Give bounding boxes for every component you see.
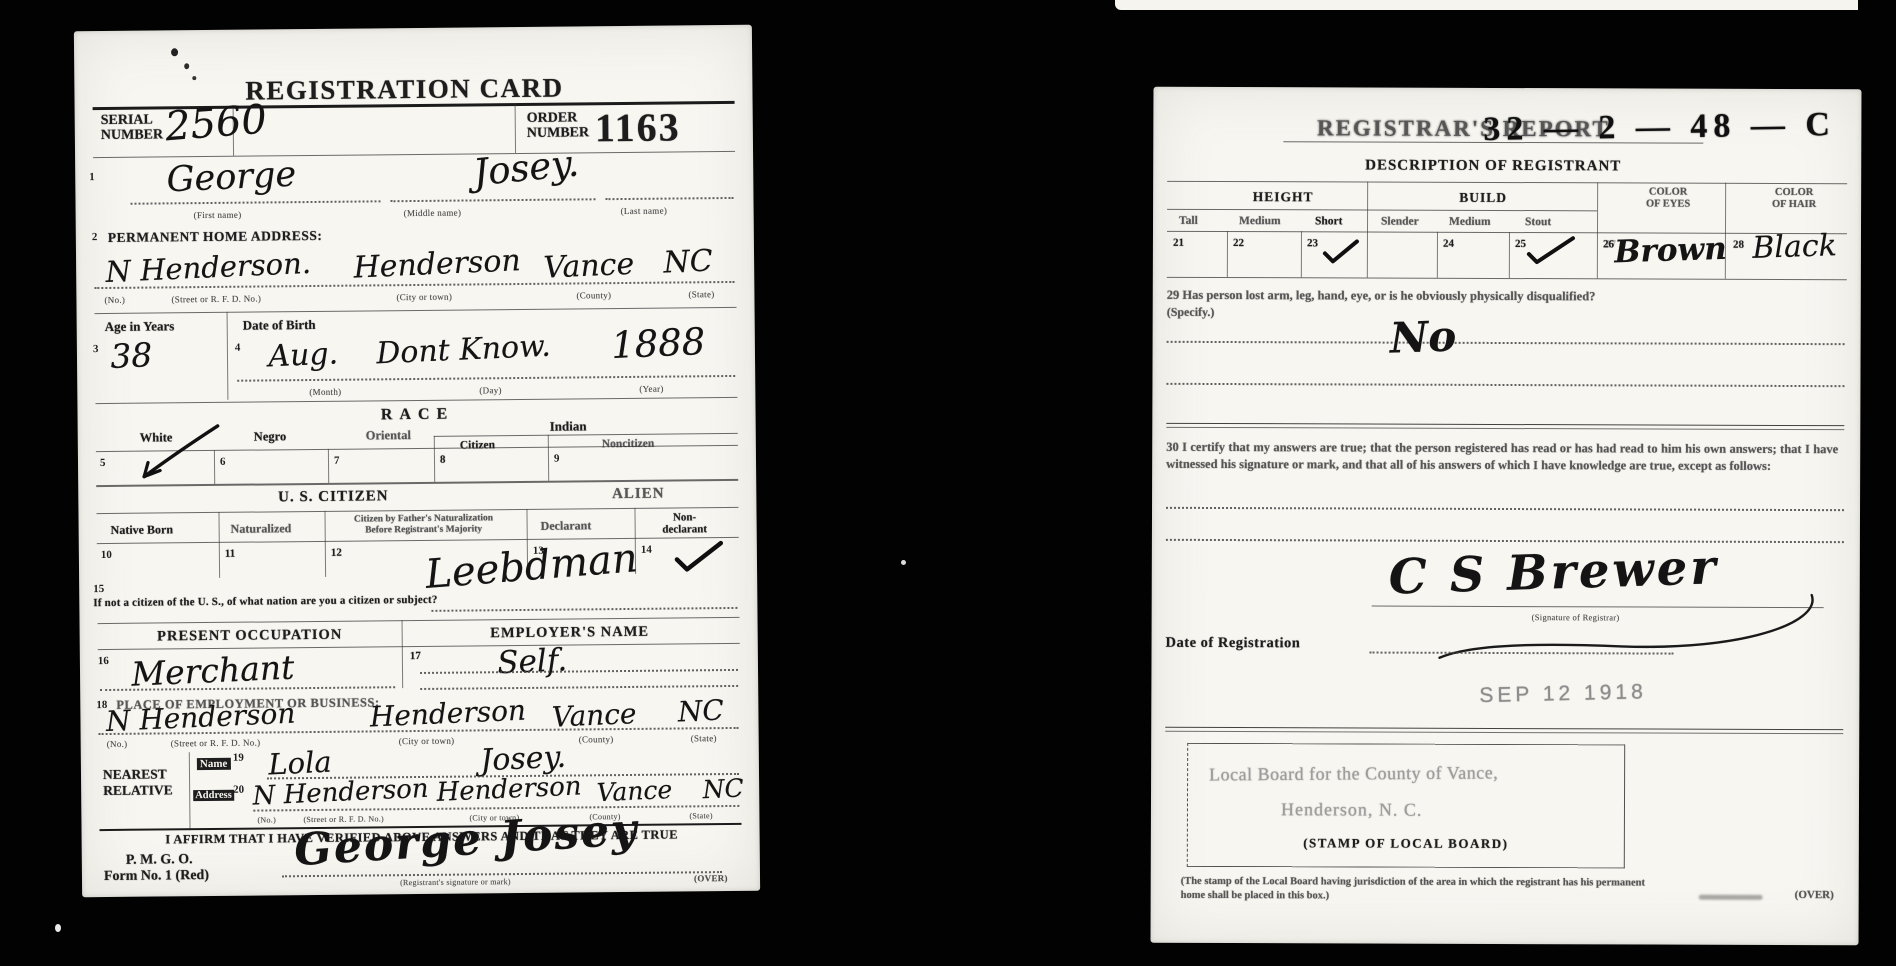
rel-sub-state: (State) xyxy=(689,811,713,820)
addr-sub-no: (No.) xyxy=(104,295,125,305)
race-num-5: 5 xyxy=(100,457,106,469)
num-22: 22 xyxy=(1233,237,1244,249)
write-line xyxy=(131,200,381,204)
dob-month-value: Aug. xyxy=(268,336,339,374)
registrant-signature-sub: (Registrant's signature or mark) xyxy=(400,877,511,887)
num-24: 24 xyxy=(1443,238,1454,250)
rule xyxy=(434,433,738,437)
registration-card: REGISTRATION CARD SERIALNUMBER ORDERNUMB… xyxy=(74,25,760,897)
stamp-box-note: (The stamp of the Local Board having jur… xyxy=(1181,875,1661,905)
short-checkmark xyxy=(1321,237,1361,265)
num-23: 23 xyxy=(1307,237,1318,249)
addr-sub-state: (State) xyxy=(688,289,714,299)
height-col-short: Short xyxy=(1315,215,1343,227)
dust-speck xyxy=(901,560,906,565)
cit-num-11: 11 xyxy=(225,548,236,560)
stamp-of-local-board-caption: (STAMP OF LOCAL BOARD) xyxy=(1211,835,1601,852)
ink-speck xyxy=(184,63,189,69)
eyes-value: Brown xyxy=(1614,231,1728,271)
race-num-8: 8 xyxy=(440,454,446,466)
race-num-9: 9 xyxy=(554,453,560,465)
scanned-page: REGISTRATION CARD SERIALNUMBER ORDERNUMB… xyxy=(0,0,1896,966)
race-title: RACE xyxy=(257,404,577,425)
write-line xyxy=(1167,341,1845,345)
item-17-number: 17 xyxy=(410,650,421,662)
employer-value: Self. xyxy=(497,642,568,681)
write-line xyxy=(420,685,738,690)
q15-value: Leebdman xyxy=(424,535,640,598)
rule xyxy=(1165,727,1843,734)
q29-label: 29 Has person lost arm, leg, hand, eye, … xyxy=(1167,287,1843,305)
build-header: BUILD xyxy=(1383,190,1583,207)
description-header: DESCRIPTION OF REGISTRANT xyxy=(1293,157,1693,175)
over-label: (OVER) xyxy=(1795,889,1834,901)
write-line xyxy=(605,197,733,200)
rule xyxy=(93,151,735,158)
cit-num-10: 10 xyxy=(101,549,112,561)
rule xyxy=(95,397,737,404)
divider xyxy=(189,752,191,830)
rule xyxy=(95,307,737,314)
color-of-eyes-header: COLOROF EYES xyxy=(1613,186,1723,210)
work-sub-no: (No.) xyxy=(107,739,128,749)
nearest-relative-label: NEARESTRELATIVE xyxy=(103,766,173,799)
last-name-value: Josey. xyxy=(471,141,580,194)
relative-address-label: Address xyxy=(193,790,234,801)
rule xyxy=(1166,423,1844,430)
dob-sub-month: (Month) xyxy=(309,387,341,397)
divider xyxy=(1437,232,1438,278)
board-stamp-line2: Henderson, N. C. xyxy=(1281,799,1423,820)
rel-sub-no: (No.) xyxy=(257,815,276,824)
cit-col-nativeborn: Native Born xyxy=(111,522,173,538)
relative-addr-state: NC xyxy=(702,773,744,804)
divider xyxy=(1597,182,1598,278)
us-citizen-header: U. S. CITIZEN xyxy=(158,487,508,507)
write-line xyxy=(1166,383,1844,387)
ink-speck xyxy=(171,48,178,56)
num-28: 28 xyxy=(1733,239,1744,251)
cit-col-father: Citizen by Father's NaturalizationBefore… xyxy=(331,513,517,537)
divider xyxy=(515,103,516,153)
q15-label: If not a citizen of the U. S., of what n… xyxy=(93,594,437,609)
hair-value: Black xyxy=(1752,228,1838,266)
dob-sub-day: (Day) xyxy=(479,385,502,395)
registrars-report-card: REGISTRAR'S REPORT 32 — 2 — 48 — C DESCR… xyxy=(1151,87,1862,945)
occupation-header: PRESENT OCCUPATION xyxy=(110,626,390,646)
adjacent-card-edge xyxy=(1115,0,1858,10)
divider xyxy=(548,435,549,481)
dob-sub-year: (Year) xyxy=(639,384,663,394)
home-city-value: Henderson xyxy=(353,243,522,285)
race-num-7: 7 xyxy=(334,455,340,467)
order-number-label: ORDERNUMBER xyxy=(527,110,590,141)
build-col-stout: Stout xyxy=(1525,216,1551,228)
cit-col-naturalized: Naturalized xyxy=(231,521,292,537)
first-name-value: George xyxy=(166,155,297,201)
work-sub-street: (Street or R. F. D. No.) xyxy=(171,738,261,749)
divider xyxy=(402,620,404,688)
rule xyxy=(1167,209,1597,212)
item-16-number: 16 xyxy=(98,655,109,667)
race-col-citizen: Citizen xyxy=(460,439,495,451)
date-of-registration-label: Date of Registration xyxy=(1166,635,1301,652)
item-4-number: 4 xyxy=(235,342,241,354)
height-col-medium: Medium xyxy=(1239,215,1281,227)
rule xyxy=(1167,231,1847,234)
order-number-value: 1163 xyxy=(595,103,681,151)
serial-number-label: SERIALNUMBER xyxy=(101,112,164,143)
dust-speck xyxy=(55,924,61,932)
dob-year-value: 1888 xyxy=(610,320,706,367)
divider xyxy=(1301,231,1302,277)
divider xyxy=(328,449,329,483)
report-stamp-code: 32 — 2 — 48 — C xyxy=(1483,106,1836,149)
item-15-number: 15 xyxy=(93,583,104,595)
height-col-tall: Tall xyxy=(1179,215,1198,227)
over-label: (OVER) xyxy=(694,873,728,883)
item-20-number: 20 xyxy=(233,784,244,796)
cit-col-nondeclarant: Non-declarant xyxy=(638,511,730,536)
race-col-noncitizen: Noncitizen xyxy=(602,438,655,451)
race-col-oriental: Oriental xyxy=(366,428,411,443)
height-header: HEIGHT xyxy=(1183,189,1383,206)
signature-flourish xyxy=(1381,588,1821,670)
divider xyxy=(434,436,435,482)
first-name-sub: (First name) xyxy=(194,210,242,220)
relative-addr-county: Vance xyxy=(596,775,673,807)
item-2-number: 2 xyxy=(92,231,98,243)
dob-day-value: Dont Know. xyxy=(376,329,552,372)
write-line xyxy=(390,198,595,202)
age-header: Age in Years xyxy=(105,318,175,335)
write-line xyxy=(237,375,735,382)
age-value: 38 xyxy=(109,335,153,376)
work-sub-city: (City or town) xyxy=(399,736,455,747)
race-group-indian: Indian xyxy=(550,418,587,434)
work-sub-county: (County) xyxy=(579,734,614,744)
medium-build-checkmark xyxy=(1525,234,1577,266)
q29-answer: No xyxy=(1389,312,1457,363)
rule xyxy=(1167,277,1847,280)
divider xyxy=(1367,182,1368,278)
home-no-value: N Henderson. xyxy=(105,246,312,289)
home-address-label: PERMANENT HOME ADDRESS: xyxy=(108,228,323,246)
relative-name-label: Name xyxy=(197,758,231,770)
dob-header: Date of Birth xyxy=(243,317,316,334)
item-1-number: 1 xyxy=(89,171,95,183)
rule xyxy=(1167,181,1847,184)
home-county-value: Vance xyxy=(543,247,635,286)
num-21: 21 xyxy=(1173,237,1184,249)
registration-date-stamp: SEP 12 1918 xyxy=(1479,680,1647,708)
addr-sub-city: (City or town) xyxy=(396,292,452,303)
alien-header: ALIEN xyxy=(538,485,738,504)
divider xyxy=(1509,232,1510,278)
divider xyxy=(218,512,220,578)
addr-sub-street: (Street or R. F. D. No.) xyxy=(171,293,261,304)
cit-num-14: 14 xyxy=(641,544,652,556)
addr-sub-county: (County) xyxy=(576,290,611,300)
last-name-sub: (Last name) xyxy=(621,206,668,216)
relative-name-first: Lola xyxy=(268,745,333,782)
home-state-value: NC xyxy=(663,243,714,280)
build-col-medium: Medium xyxy=(1449,216,1491,228)
item-3-number: 3 xyxy=(93,343,99,355)
color-of-hair-header: COLOROF HAIR xyxy=(1739,187,1849,211)
work-sub-state: (State) xyxy=(691,733,717,743)
relative-addr-city: Henderson xyxy=(436,771,582,807)
employer-header: EMPLOYER'S NAME xyxy=(420,623,720,643)
ink-smudge xyxy=(1699,895,1763,900)
q29-specify: (Specify.) xyxy=(1167,305,1215,320)
white-checkmark xyxy=(130,422,223,485)
divider xyxy=(1227,231,1228,277)
race-col-negro: Negro xyxy=(254,429,287,444)
q30-certification: 30 I certify that my answers are true; t… xyxy=(1166,439,1838,475)
write-line xyxy=(1166,539,1844,543)
cit-num-12: 12 xyxy=(331,547,342,559)
divider xyxy=(227,312,229,400)
relative-addr-no: N Henderson xyxy=(252,774,429,812)
nondeclarant-checkmark xyxy=(673,539,725,573)
serial-number-value: 2560 xyxy=(163,96,268,150)
cit-col-declarant: Declarant xyxy=(541,518,592,533)
pmgo-label: P. M. G. O. xyxy=(126,852,193,869)
form-number-label: Form No. 1 (Red) xyxy=(104,868,209,885)
write-line xyxy=(420,669,738,674)
write-line xyxy=(1166,507,1844,511)
divider xyxy=(324,511,326,577)
work-city-value: Henderson xyxy=(369,694,526,734)
item-19-number: 19 xyxy=(233,752,244,764)
write-line xyxy=(431,607,737,612)
build-col-slender: Slender xyxy=(1381,216,1419,228)
board-stamp-line1: Local Board for the County of Vance, xyxy=(1209,762,1498,785)
work-state-value: NC xyxy=(677,693,724,728)
middle-name-sub: (Middle name) xyxy=(404,208,462,219)
